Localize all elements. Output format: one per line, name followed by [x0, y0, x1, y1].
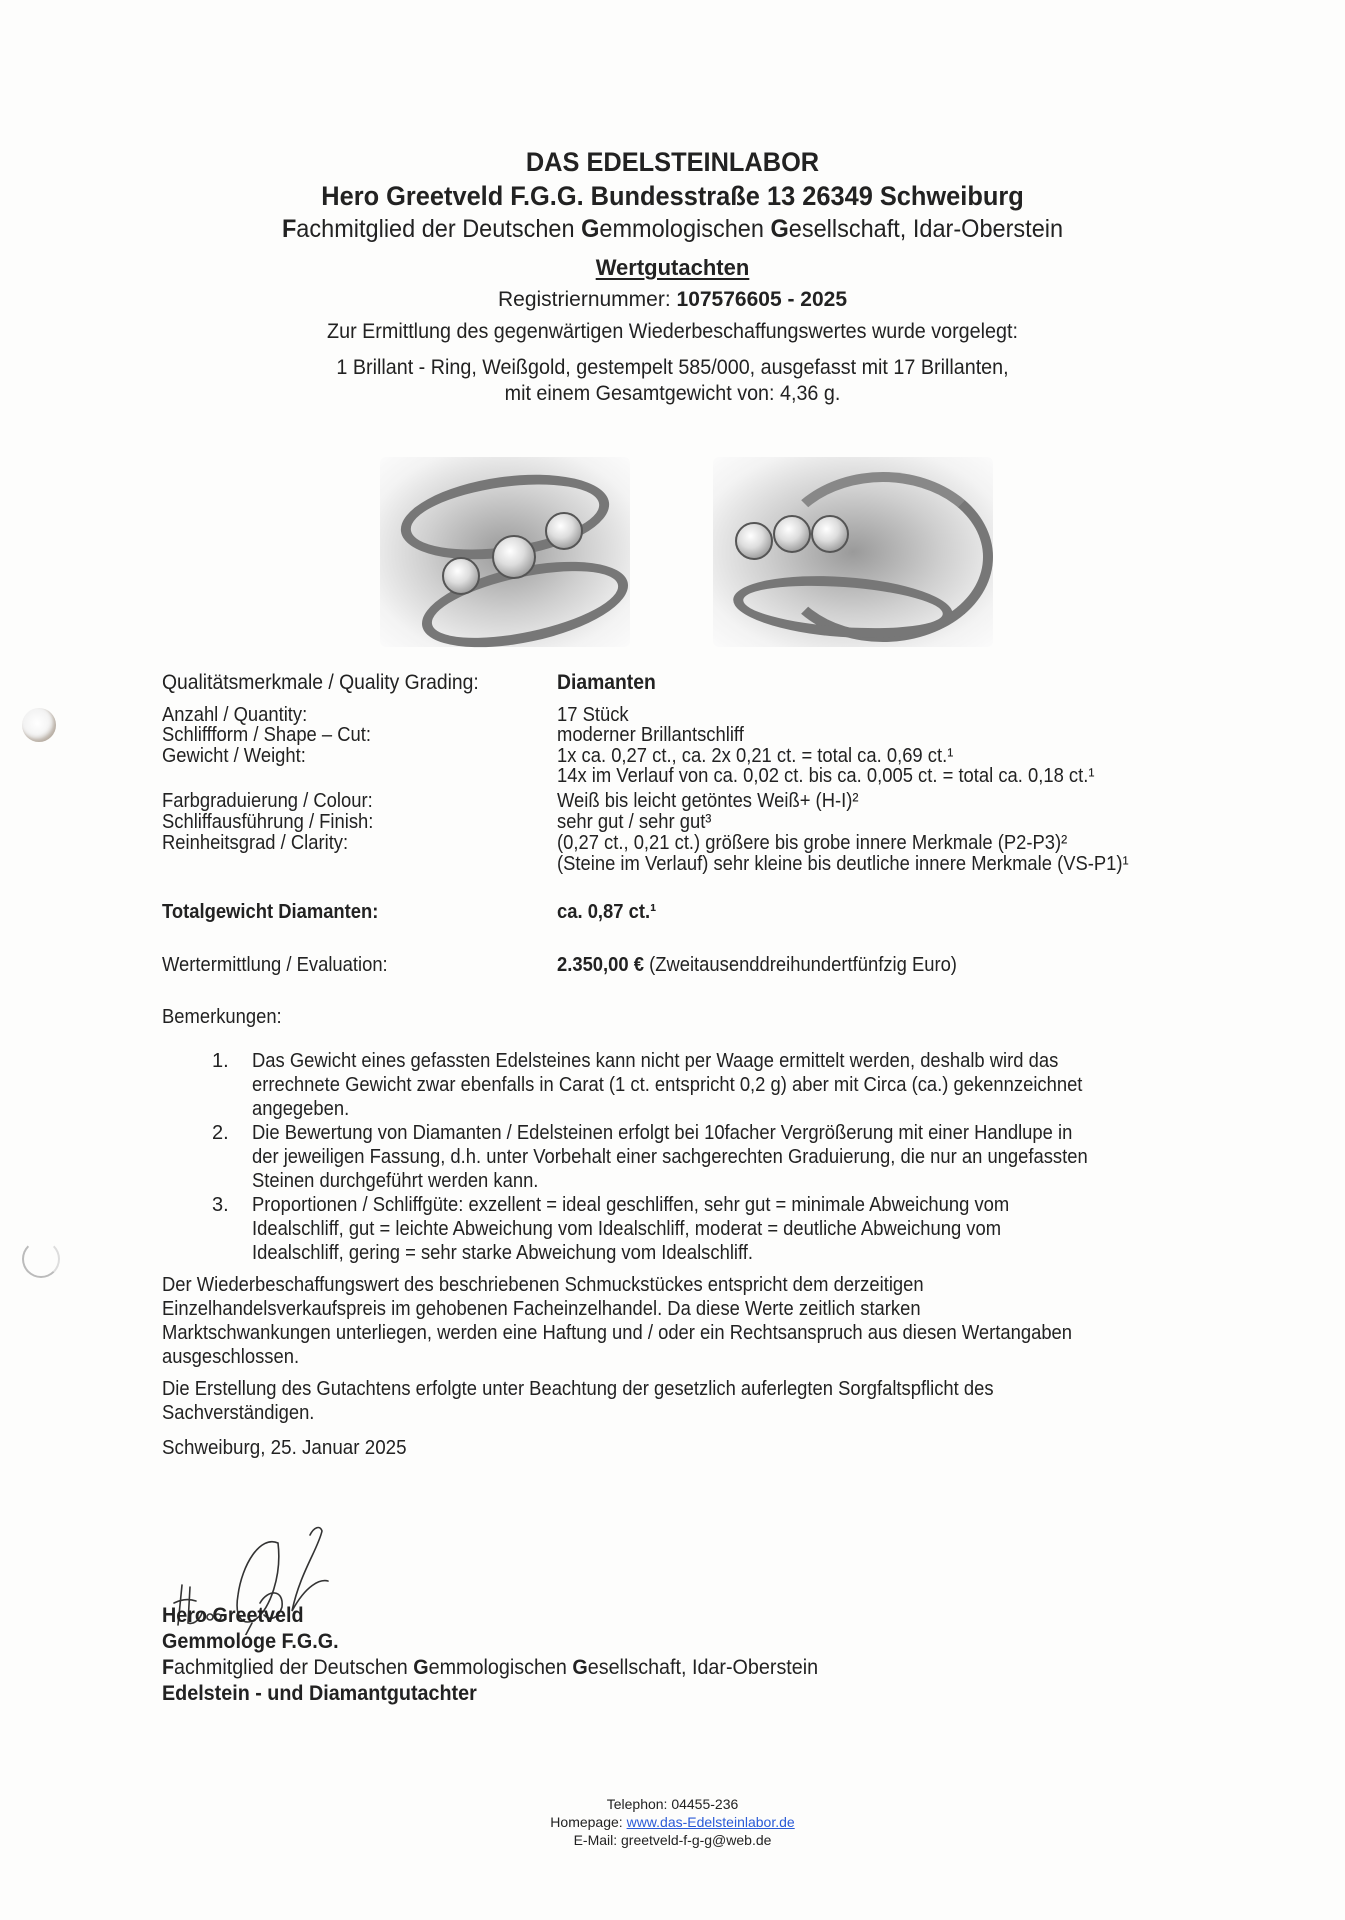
- item-description-line1: 1 Brillant - Ring, Weißgold, gestempelt …: [40, 356, 1304, 380]
- grading-row: Reinheitsgrad / Clarity:(0,27 ct., 0,21 …: [162, 832, 1262, 854]
- signature-block: Hero Greetveld Gemmologe F.G.G. Fachmitg…: [162, 1603, 860, 1707]
- total-weight: Totalgewicht Diamanten: ca. 0,87 ct.¹: [162, 901, 1262, 923]
- lab-name: DAS EDELSTEINLABOR: [40, 147, 1304, 178]
- ring-photo-front: [380, 457, 630, 647]
- grading-value: 17 Stück: [557, 704, 629, 726]
- grading-label: Schliffausführung / Finish:: [162, 811, 373, 833]
- grading-label: Anzahl / Quantity:: [162, 704, 307, 726]
- remark-text: Proportionen / Schliffgüte: exzellent = …: [252, 1193, 1190, 1265]
- grading-label: Farbgraduierung / Colour:: [162, 790, 373, 812]
- grading-value: (0,27 ct., 0,21 ct.) größere bis grobe i…: [557, 832, 1067, 854]
- registration-number: Registriernummer: 107576605 - 2025: [0, 288, 1345, 312]
- grading-value: Weiß bis leicht getöntes Weiß+ (H-I)²: [557, 790, 858, 812]
- document-title: Wertgutachten: [0, 255, 1345, 281]
- item-intro: Zur Ermittlung des gegenwärtigen Wiederb…: [40, 320, 1304, 344]
- footer-email: E-Mail: greetveld-f-g-g@web.de: [0, 1831, 1345, 1849]
- grading-row: Anzahl / Quantity:17 Stück: [162, 704, 1262, 726]
- grading-value: 1x ca. 0,27 ct., ca. 2x 0,21 ct. = total…: [557, 745, 953, 767]
- grading-value: 14x im Verlauf von ca. 0,02 ct. bis ca. …: [557, 765, 1094, 787]
- evaluation: Wertermittlung / Evaluation: 2.350,00 € …: [162, 954, 1262, 976]
- grading-label: Gewicht / Weight:: [162, 745, 306, 767]
- grading-label: Reinheitsgrad / Clarity:: [162, 832, 348, 854]
- ring-photo-side: [713, 457, 993, 647]
- grading-value: sehr gut / sehr gut³: [557, 811, 711, 833]
- signatory-title: Gemmologe F.G.G.: [162, 1629, 818, 1655]
- place-date: Schweiburg, 25. Januar 2025: [162, 1437, 407, 1460]
- remark-number: 3.: [212, 1193, 252, 1217]
- remark-text: Das Gewicht eines gefassten Edelsteines …: [252, 1049, 1190, 1121]
- footer-phone: Telephon: 04455-236: [0, 1795, 1345, 1813]
- grading-row: 14x im Verlauf von ca. 0,02 ct. bis ca. …: [162, 765, 1262, 787]
- remark-text: Die Bewertung von Diamanten / Edelsteine…: [252, 1121, 1190, 1193]
- diligence-paragraph: Die Erstellung des Gutachtens erfolgte u…: [162, 1377, 1211, 1425]
- grading-row: Schliffform / Shape – Cut:moderner Brill…: [162, 724, 1262, 746]
- email-address[interactable]: greetveld-f-g-g@web.de: [621, 1832, 771, 1848]
- grading-label: Schliffform / Shape – Cut:: [162, 724, 371, 746]
- remark-number: 2.: [212, 1121, 252, 1145]
- grading-heading: Qualitätsmerkmale / Quality Grading: Dia…: [162, 672, 1262, 694]
- punch-hole-bottom: [22, 1240, 60, 1278]
- lab-address: Hero Greetveld F.G.G. Bundesstraße 13 26…: [40, 181, 1304, 212]
- grading-row: Farbgraduierung / Colour:Weiß bis leicht…: [162, 790, 1262, 812]
- remarks-heading: Bemerkungen:: [162, 1006, 282, 1029]
- grading-row: Schliffausführung / Finish:sehr gut / se…: [162, 811, 1262, 833]
- grading-value: (Steine im Verlauf) sehr kleine bis deut…: [557, 853, 1129, 875]
- lab-membership: Fachmitglied der Deutschen Gemmologische…: [40, 215, 1304, 244]
- grading-row: Gewicht / Weight:1x ca. 0,27 ct., ca. 2x…: [162, 745, 1262, 767]
- signatory-role: Edelstein - und Diamantgutachter: [162, 1681, 818, 1707]
- signatory-membership: Fachmitglied der Deutschen Gemmologische…: [162, 1655, 818, 1681]
- remark-number: 1.: [212, 1049, 252, 1073]
- footer-homepage: Homepage: www.das-Edelsteinlabor.de: [0, 1813, 1345, 1831]
- disclaimer-paragraph: Der Wiederbeschaffungswert des beschrieb…: [162, 1273, 1211, 1369]
- signatory-name: Hero Greetveld: [162, 1603, 818, 1629]
- grading-value: moderner Brillantschliff: [557, 724, 744, 746]
- item-description-line2: mit einem Gesamtgewicht von: 4,36 g.: [40, 382, 1304, 406]
- grading-row: (Steine im Verlauf) sehr kleine bis deut…: [162, 853, 1262, 875]
- punch-hole-top: [22, 708, 56, 742]
- homepage-link[interactable]: www.das-Edelsteinlabor.de: [627, 1814, 795, 1830]
- footer-contact: Telephon: 04455-236 Homepage: www.das-Ed…: [0, 1795, 1345, 1849]
